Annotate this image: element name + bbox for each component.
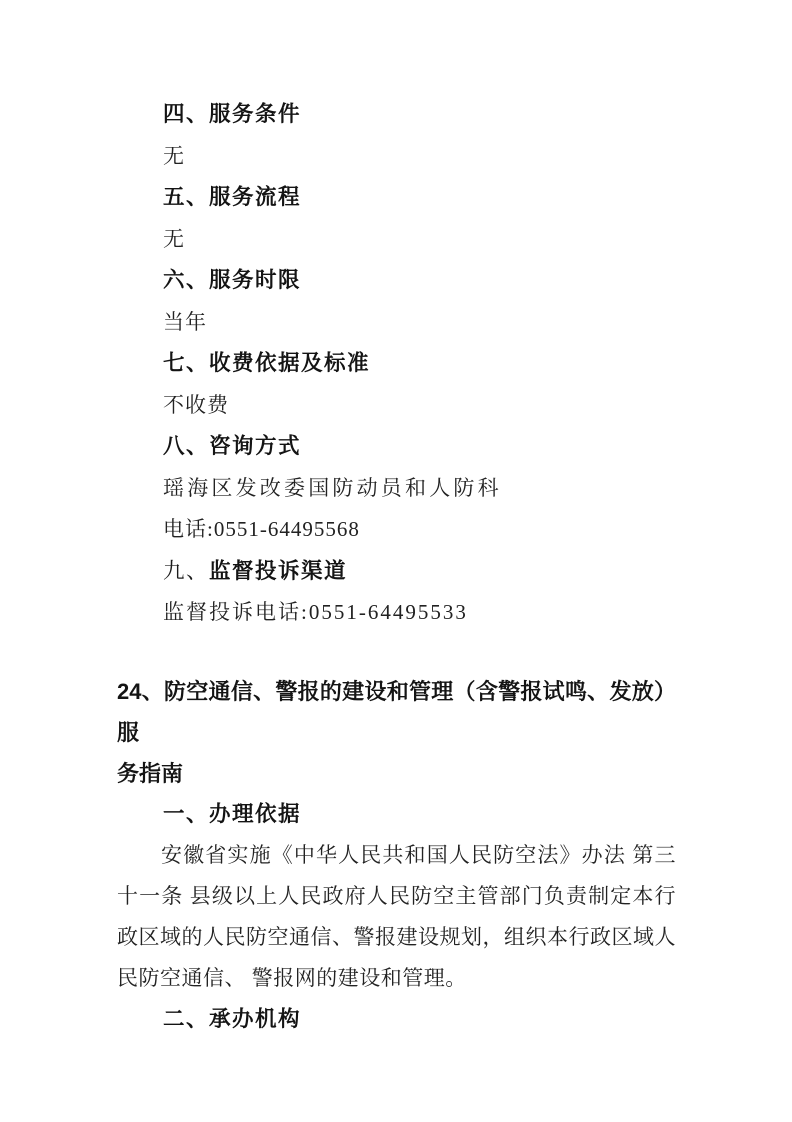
service-item-value: 不收费	[117, 385, 676, 427]
service-item-heading: 八、咨询方式	[117, 426, 676, 468]
guide-24-title-line-2: 务指南	[117, 753, 676, 794]
service-item-heading: 六、服务时限	[117, 260, 676, 302]
legal-basis-line: 十一条 县级以上人民政府人民防空主管部门负责制定本行	[117, 876, 676, 917]
legal-basis-line: 民防空通信、 警报网的建设和管理。	[117, 958, 676, 999]
service-item-value: 无	[117, 136, 676, 178]
service-item-value phone-number: 监督投诉电话:0551-64495533	[117, 592, 676, 634]
service-item-heading: 四、服务条件	[117, 94, 676, 136]
document-content: 四、服务条件 无 五、服务流程 无 六、服务时限 当年 七、收费依据及标准 不收…	[117, 94, 676, 1040]
service-item-heading: 九、监督投诉渠道	[117, 551, 676, 593]
guide-24-title-line-1: 24、防空通信、警报的建设和管理（含警报试鸣、发放）服	[117, 671, 676, 753]
subsection-heading: 二、承办机构	[117, 999, 676, 1040]
service-item-heading: 五、服务流程	[117, 177, 676, 219]
legal-basis-line: 安徽省实施《中华人民共和国人民防空法》办法 第三	[117, 835, 676, 876]
heading-text: 监督投诉渠道	[209, 559, 347, 583]
legal-basis-line: 政区域的人民防空通信、警报建设规划，组织本行政区域人	[117, 917, 676, 958]
subsection-heading: 一、办理依据	[117, 794, 676, 835]
service-item-value: 瑶海区发改委国防动员和人防科	[117, 468, 676, 510]
document-page: 四、服务条件 无 五、服务流程 无 六、服务时限 当年 七、收费依据及标准 不收…	[0, 0, 792, 1122]
service-item-value phone-number: 电话:0551-64495568	[117, 509, 676, 551]
service-item-heading: 七、收费依据及标准	[117, 343, 676, 385]
section-gap	[117, 634, 676, 671]
heading-number-prefix: 九、	[163, 559, 209, 583]
service-item-value: 无	[117, 219, 676, 261]
service-item-value: 当年	[117, 302, 676, 344]
